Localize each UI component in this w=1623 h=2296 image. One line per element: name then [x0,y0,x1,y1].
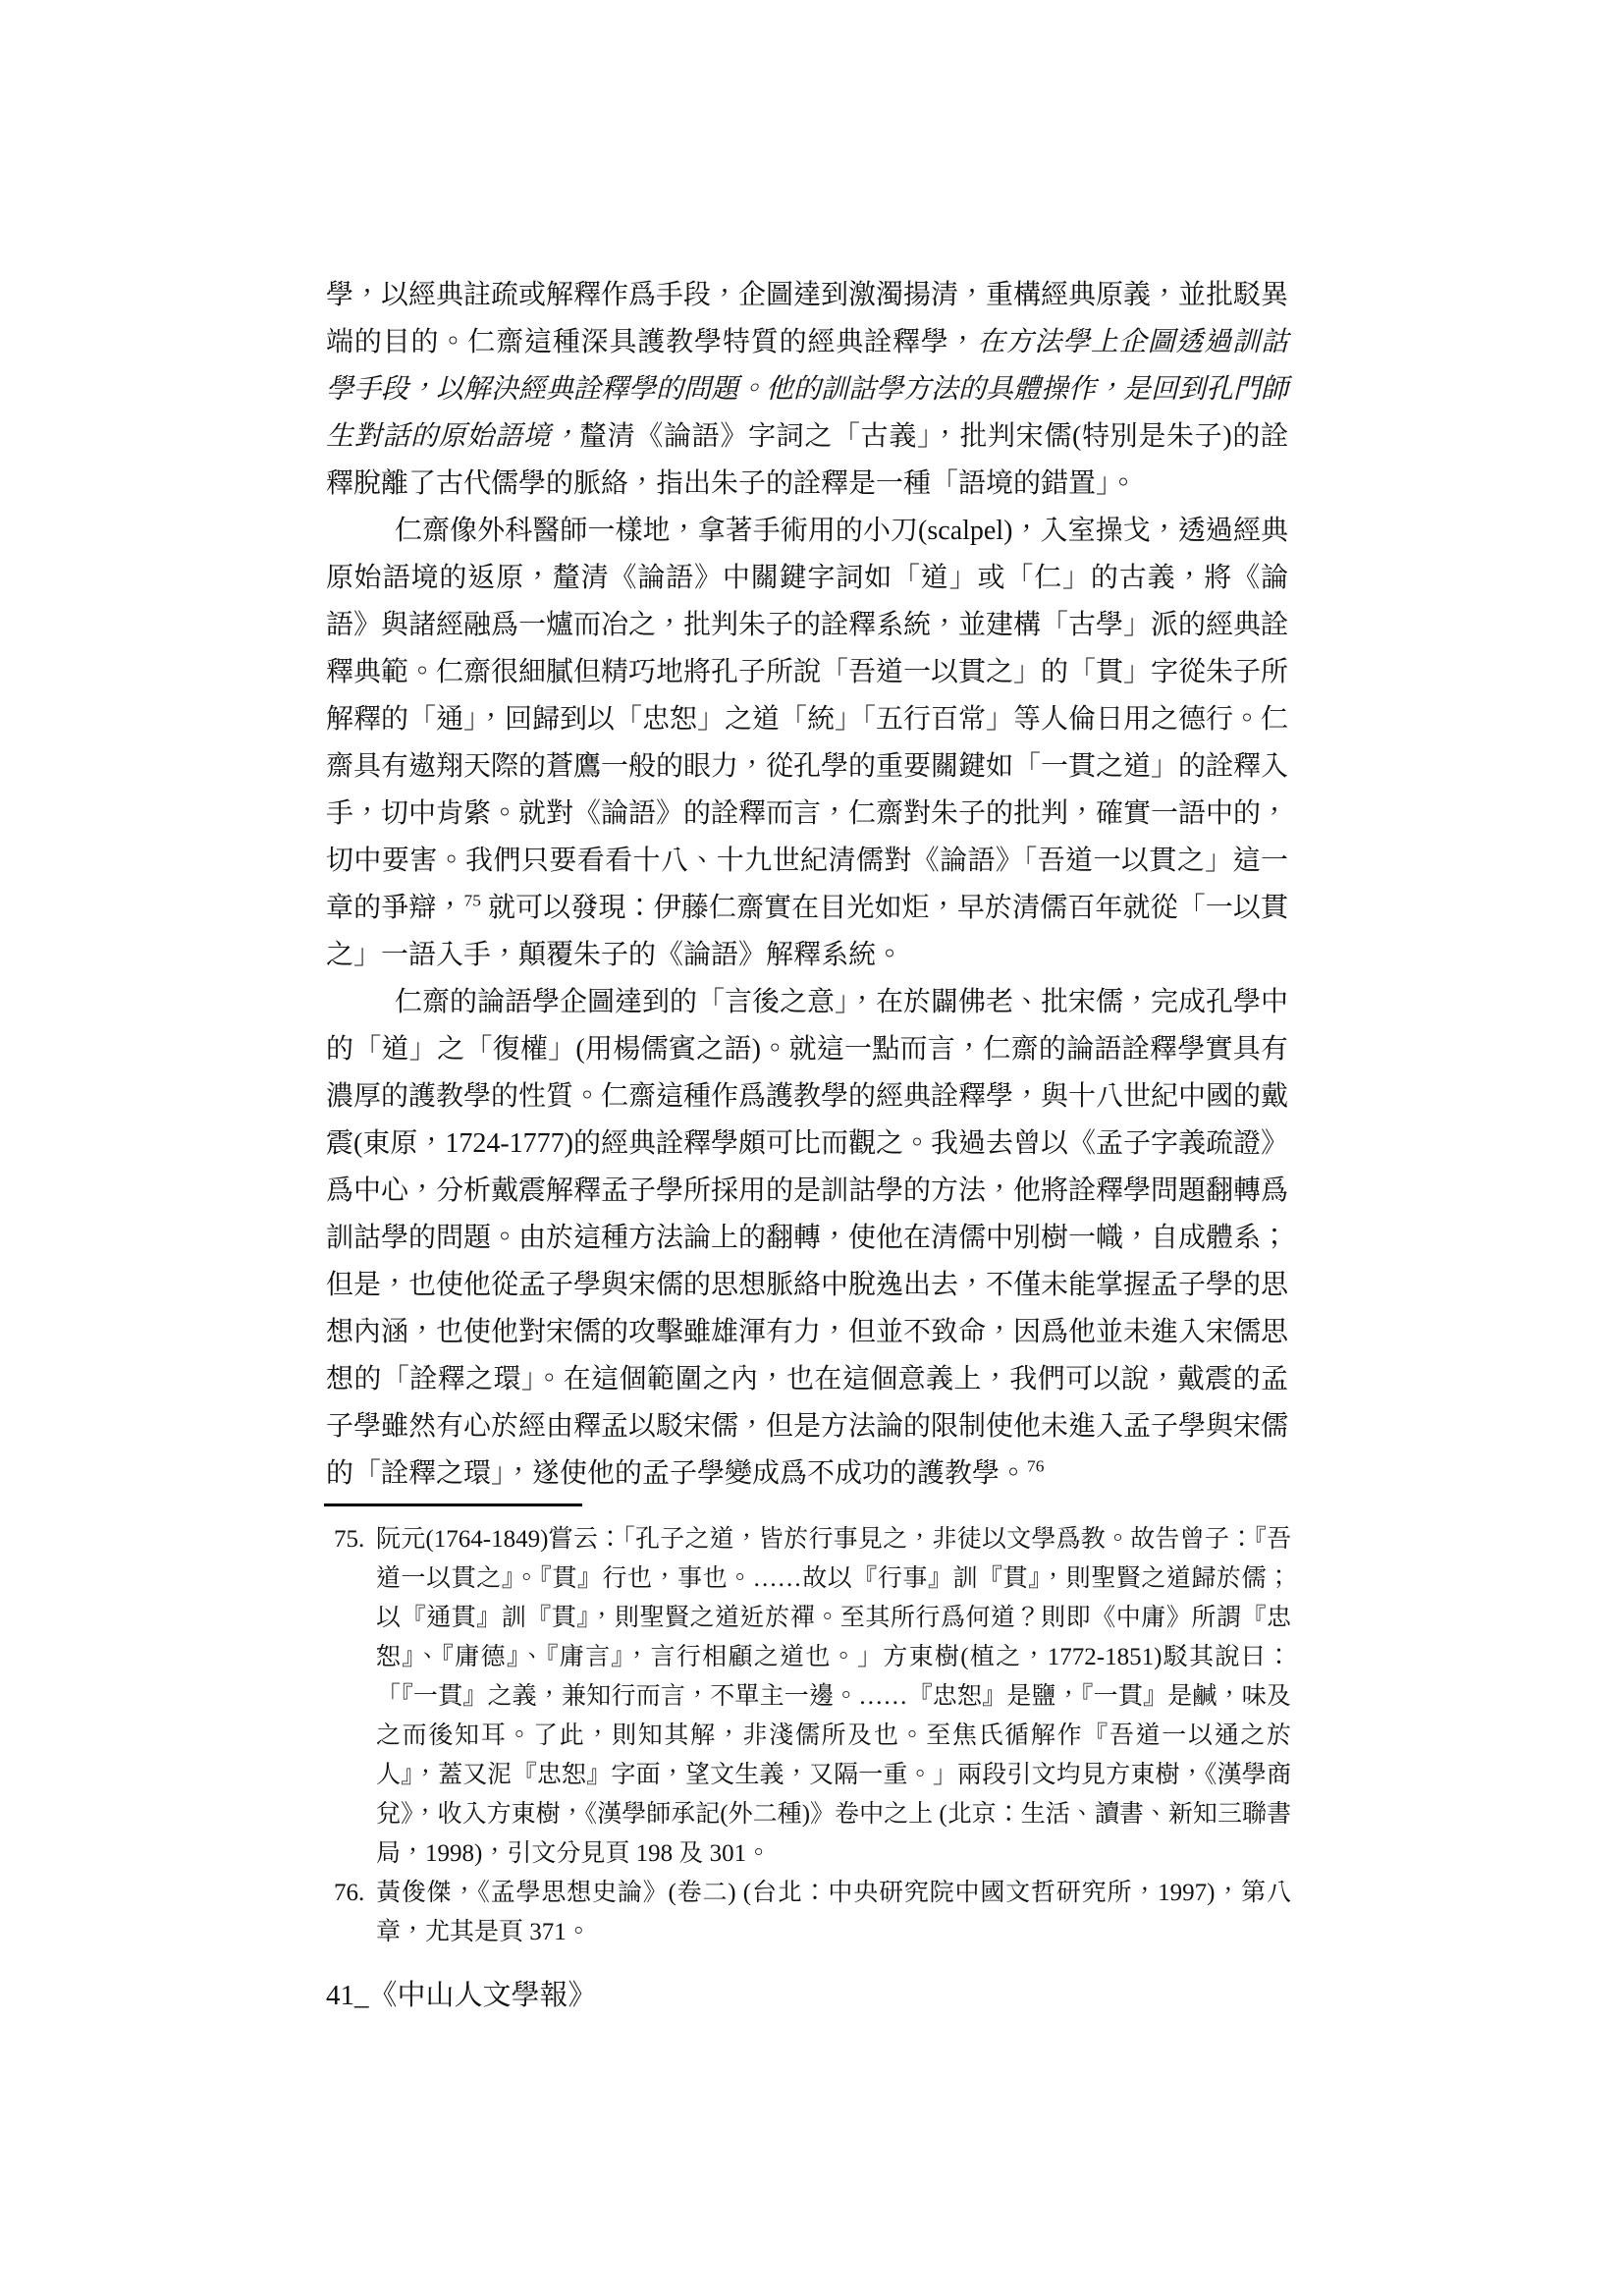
paragraph-1: 學，以經典註疏或解釋作爲手段，企圖達到激濁揚清，重構經典原義，並批駁異端的目的。… [326,272,1288,508]
footnote-item: 76.黃俊傑，《孟學思想史論》(卷二) (台北：中央研究院中國文哲研究所，199… [334,1874,1291,1952]
text-segment: 仁齋像外科醫師一樣地，拿著手術用的小刀(scalpel)，入室操戈，透過經典原始… [326,516,1288,923]
document-page: 學，以經典註疏或解釋作爲手段，企圖達到激濁揚清，重構經典原義，並批駁異端的目的。… [0,0,1623,2296]
footnote-number: 75. [334,1520,376,1559]
footnote-text: 黃俊傑，《孟學思想史論》(卷二) (台北：中央研究院中國文哲研究所，1997)，… [376,1874,1291,1952]
text-segment: 仁齋的論語學企圖達到的「言後之意」，在於闢佛老、批宋儒，完成孔學中的「道」之「復… [326,987,1288,1489]
page-footer: 41_《中山人文學報》 [326,1976,597,2015]
footnote-number: 76. [334,1874,376,1913]
paragraph-2: 仁齋像外科醫師一樣地，拿著手術用的小刀(scalpel)，入室操戈，透過經典原始… [326,508,1288,979]
footnote-item: 75.阮元(1764-1849)嘗云：「孔子之道，皆於行事見之，非徒以文學爲教。… [334,1520,1291,1874]
paragraph-3: 仁齋的論語學企圖達到的「言後之意」，在於闢佛老、批宋儒，完成孔學中的「道」之「復… [326,979,1288,1498]
footnote-separator [324,1503,582,1506]
journal-page-label: 41_《中山人文學報》 [326,1980,597,2011]
footnote-ref: 75 [464,892,481,910]
footnotes: 75.阮元(1764-1849)嘗云：「孔子之道，皆於行事見之，非徒以文學爲教。… [334,1520,1291,1952]
body-text: 學，以經典註疏或解釋作爲手段，企圖達到激濁揚清，重構經典原義，並批駁異端的目的。… [326,272,1288,1498]
footnote-ref: 76 [1027,1457,1044,1476]
footnote-text: 阮元(1764-1849)嘗云：「孔子之道，皆於行事見之，非徒以文學爲教。故告曾… [376,1520,1291,1874]
